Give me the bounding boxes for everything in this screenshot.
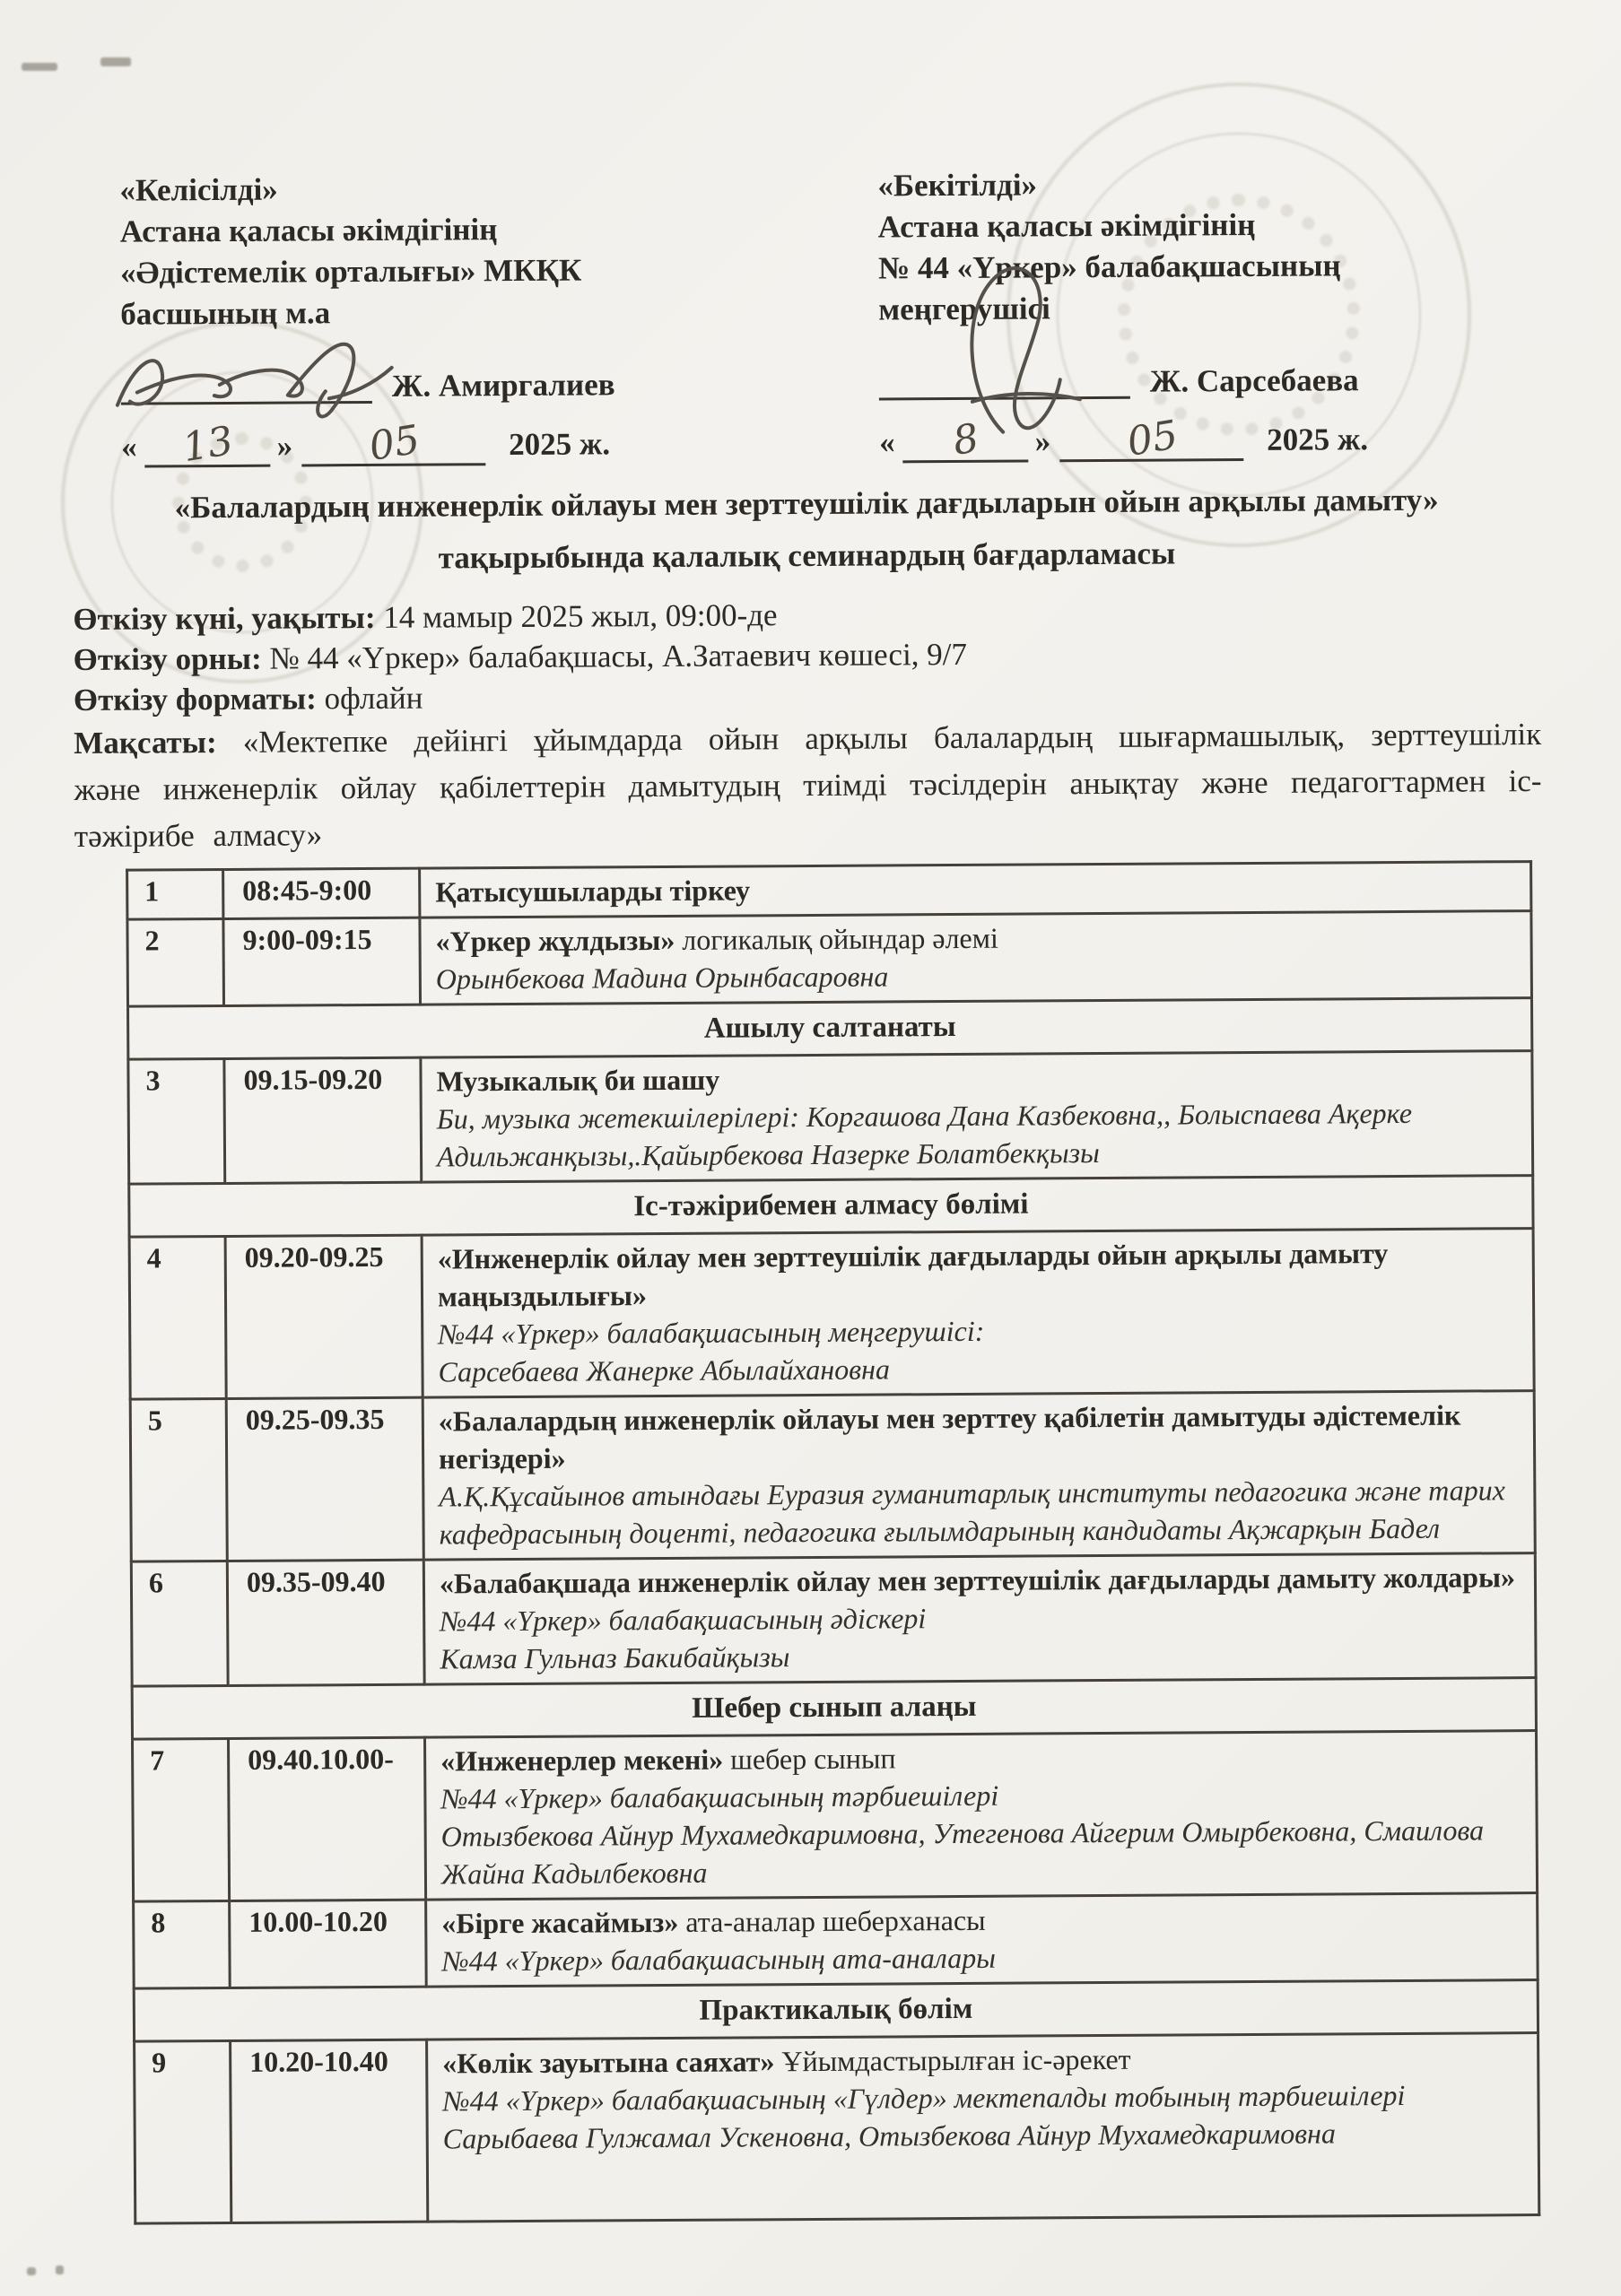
handwritten-month: 05 <box>366 420 423 468</box>
row-time: 09.20-09.25 <box>225 1235 423 1398</box>
approval-org-line: басшының м.а <box>120 290 878 335</box>
detail-value: № 44 «Үркер» балабақшасы, А.Затаевич көш… <box>269 637 967 676</box>
row-description: «Инженерлік ойлау мен зерттеушілік дағды… <box>422 1229 1534 1398</box>
item-title-bold: «Инженерлер мекені» <box>440 1744 723 1778</box>
section-label: Іс-тәжірибемен алмасу бөлімі <box>129 1176 1533 1238</box>
document-content: «Келісілді» Астана қаласы әкімдігінің «Ә… <box>0 0 1621 2296</box>
item-title-rest: Ұйымдастырылған іс-әрекет <box>774 2043 1130 2077</box>
schedule-section-row: Іс-тәжірибемен алмасу бөлімі <box>129 1176 1533 1238</box>
row-description: «Көлік зауытына саяхат» Ұйымдастырылған … <box>427 2033 1539 2222</box>
signature-line <box>879 396 1130 401</box>
approval-status: «Келісілді» <box>119 166 877 212</box>
row-number: 8 <box>134 1900 231 1988</box>
schedule-item-row: 810.00-10.20«Бірге жасаймыз» ата-аналар … <box>134 1893 1538 1989</box>
item-title-rest: шебер сынып <box>723 1742 896 1775</box>
schedule-table-wrap: 108:45-9:00Қатысушыларды тіркеу29:00-09:… <box>126 859 1621 2224</box>
signature-line <box>121 401 372 405</box>
item-title-bold: «Балабақшада инженерлік ойлау мен зертте… <box>440 1561 1515 1599</box>
detail-value: «Мектепке дейінгі ұйымдарда ойын арқылы … <box>74 717 1541 854</box>
handwritten-day: 8 <box>950 418 981 463</box>
row-number: 2 <box>127 918 224 1006</box>
row-number: 3 <box>128 1058 225 1184</box>
approval-org-line: № 44 «Үркер» балабақшасының <box>878 244 1506 289</box>
document-title: «Балалардың инженерлік ойлауы мен зертте… <box>0 473 1617 587</box>
detail-value: 14 мамыр 2025 жыл, 09:00-де <box>383 597 777 635</box>
row-time: 10.20-10.40 <box>231 2039 428 2222</box>
detail-label: Мақсаты: <box>74 725 217 761</box>
approval-org-line: Астана қаласы әкімдігінің <box>878 203 1506 248</box>
presenter-line: №44 «Үркер» балабақшасының «Гүлдер» мект… <box>442 2075 1519 2157</box>
row-time: 9:00-09:15 <box>223 918 421 1005</box>
detail-goal: Мақсаты: «Мектепке дейінгі ұйымдарда ойы… <box>74 711 1542 860</box>
title-line-2: тақырыбында қалалық семинардың бағдарлам… <box>50 526 1564 587</box>
item-title-bold: «Үркер жұлдызы» <box>435 924 675 958</box>
item-title-bold: «Бірге жасаймыз» <box>441 1906 678 1940</box>
schedule-item-row: 108:45-9:00Қатысушыларды тіркеу <box>127 862 1531 920</box>
row-time: 09.25-09.35 <box>226 1397 423 1561</box>
item-title-rest: логикалық ойындар әлемі <box>675 922 998 956</box>
approval-org-line: «Әдістемелік орталығы» МКҚК <box>120 248 878 294</box>
row-number: 9 <box>135 2040 231 2223</box>
presenter-line: №44 «Үркер» балабақшасының ата-аналары <box>441 1935 1518 1979</box>
item-title: «Бірге жасаймыз» ата-аналар шеберханасы <box>441 1898 1518 1942</box>
date-day-slot: 8 <box>902 416 1028 464</box>
presenter-line: Камза Гульназ Бакибайқызы <box>440 1633 1516 1677</box>
date-month-slot: 05 <box>301 419 485 466</box>
close-quote: » <box>277 429 293 464</box>
row-description: «Балабақшада инженерлік ойлау мен зертте… <box>423 1553 1536 1685</box>
approval-org-line: Астана қаласы әкімдігінің <box>120 207 878 253</box>
date-year: 2025 ж. <box>1267 422 1368 457</box>
row-description: «Инженерлер мекені» шебер сынып№44 «Үрке… <box>425 1731 1538 1900</box>
row-description: «Бірге жасаймыз» ата-аналар шеберханасы№… <box>426 1893 1538 1987</box>
row-time: 09.15-09.20 <box>224 1057 422 1183</box>
approval-header: «Келісілді» Астана қаласы әкімдігінің «Ә… <box>0 0 1617 469</box>
row-time: 09.40.10.00- <box>229 1737 426 1900</box>
item-title-rest: ата-аналар шеберханасы <box>678 1904 986 1938</box>
section-label: Шебер сынып алаңы <box>132 1678 1536 1740</box>
open-quote: « <box>879 424 895 459</box>
item-title-bold: Музыкалық би шашу <box>436 1064 719 1098</box>
detail-value: офлайн <box>324 681 423 717</box>
approval-date-line: «8»052025 ж. <box>879 413 1507 463</box>
title-line-1: «Балалардың инженерлік ойлауы мен зертте… <box>49 474 1563 535</box>
item-title: «Балабақшада инженерлік ойлау мен зертте… <box>440 1558 1516 1602</box>
row-number: 5 <box>130 1398 227 1561</box>
row-number: 1 <box>127 869 223 919</box>
presenter-line: Орынбекова Мадина Орынбасаровна <box>436 953 1512 997</box>
row-time: 10.00-10.20 <box>230 1900 427 1987</box>
detail-label: Өткізу орны: <box>74 641 262 677</box>
schedule-item-row: 409.20-09.25«Инженерлік ойлау мен зертте… <box>129 1229 1534 1400</box>
item-title: Қатысушыларды тіркеу <box>435 866 1512 910</box>
item-title-bold: «Көлік зауытына саяхат» <box>442 2045 774 2079</box>
event-details: Өткізу күні, уақыты: 14 мамыр 2025 жыл, … <box>73 590 1542 860</box>
close-quote: » <box>1035 423 1051 458</box>
approval-date-line: «13»052025 ж. <box>121 417 879 468</box>
signature-row: Ж. Сарсебаева <box>878 326 1507 413</box>
date-year: 2025 ж. <box>509 426 610 462</box>
row-description: Қатысушыларды тіркеу <box>420 862 1531 918</box>
open-quote: « <box>121 430 137 465</box>
schedule-item-row: 609.35-09.40«Балабақшада инженерлік ойла… <box>131 1553 1536 1687</box>
schedule-item-row: 910.20-10.40«Көлік зауытына саяхат» Ұйым… <box>135 2033 1539 2224</box>
schedule-item-row: 709.40.10.00-«Инженерлер мекені» шебер с… <box>133 1731 1538 1902</box>
presenter-line: Би, музыка жетекшілерілері: Коргашова Да… <box>437 1093 1513 1175</box>
approval-block-agreed: «Келісілді» Астана қаласы әкімдігінің «Ә… <box>119 166 879 468</box>
row-time: 08:45-9:00 <box>223 868 420 918</box>
detail-label: Өткізу форматы: <box>74 681 317 717</box>
row-description: «Үркер жұлдызы» логикалық ойындар әлеміО… <box>420 911 1532 1005</box>
approval-status: «Бекітілді» <box>877 161 1505 206</box>
presenter-line: №44 «Үркер» балабақшасының әдіскері <box>440 1596 1516 1639</box>
item-title-bold: Қатысушыларды тіркеу <box>435 874 750 908</box>
item-title: «Балалардың инженерлік ойлауы мен зертте… <box>439 1396 1515 1477</box>
item-title: «Көлік зауытына саяхат» Ұйымдастырылған … <box>442 2038 1519 2082</box>
item-title: «Инженерлік ойлау мен зерттеушілік дағды… <box>438 1233 1514 1315</box>
item-title-bold: «Балалардың инженерлік ойлауы мен зертте… <box>439 1399 1461 1475</box>
approval-org-line: меңгерушісі <box>878 285 1506 330</box>
section-label: Ашылу салтанаты <box>128 998 1532 1060</box>
detail-label: Өткізу күні, уақыты: <box>73 600 375 637</box>
row-number: 4 <box>129 1236 226 1399</box>
presenter-line: Отызбекова Айнур Мухамедкаримовна, Утеге… <box>441 1811 1518 1892</box>
item-title-bold: «Инженерлік ойлау мен зерттеушілік дағды… <box>438 1237 1389 1312</box>
schedule-body: 108:45-9:00Қатысушыларды тіркеу29:00-09:… <box>127 862 1539 2224</box>
schedule-item-row: 509.25-09.35«Балалардың инженерлік ойлау… <box>130 1391 1535 1562</box>
signature-row: Ж. Амиргалиев <box>120 331 879 418</box>
date-month-slot: 05 <box>1059 414 1243 462</box>
signer-name: Ж. Амиргалиев <box>392 364 615 407</box>
item-title: «Инженерлер мекені» шебер сынып <box>440 1735 1517 1779</box>
presenter-line: №44 «Үркер» балабақшасының тәрбиешілері <box>440 1773 1517 1817</box>
signer-name: Ж. Сарсебаева <box>1150 360 1359 402</box>
row-number: 6 <box>131 1561 228 1686</box>
schedule-item-row: 309.15-09.20Музыкалық би шашуБи, музыка … <box>128 1051 1533 1185</box>
row-time: 09.35-09.40 <box>227 1560 424 1685</box>
handwritten-month: 05 <box>1124 414 1181 463</box>
schedule-item-row: 29:00-09:15«Үркер жұлдызы» логикалық ойы… <box>127 911 1532 1007</box>
schedule-table: 108:45-9:00Қатысушыларды тіркеу29:00-09:… <box>126 860 1540 2225</box>
scanned-document-page: «Келісілді» Астана қаласы әкімдігінің «Ә… <box>0 0 1621 2296</box>
row-description: «Балалардың инженерлік ойлауы мен зертте… <box>423 1391 1535 1561</box>
section-label: Практикалық бөлім <box>134 1980 1538 2042</box>
row-number: 7 <box>133 1738 230 1901</box>
schedule-section-row: Ашылу салтанаты <box>128 998 1532 1060</box>
schedule-section-row: Шебер сынып алаңы <box>132 1678 1536 1740</box>
schedule-section-row: Практикалық бөлім <box>134 1980 1538 2042</box>
approval-block-approved: «Бекітілді» Астана қаласы әкімдігінің № … <box>877 161 1507 463</box>
item-title: «Үркер жұлдызы» логикалық ойындар әлемі <box>435 916 1512 960</box>
item-title: Музыкалық би шашу <box>436 1056 1512 1100</box>
presenter-line: А.Қ.Құсайынов атындағы Еуразия гуманитар… <box>439 1471 1515 1552</box>
date-day-slot: 13 <box>144 421 270 468</box>
presenter-line: Сарсебаева Жанерке Абылайхановна <box>438 1346 1514 1390</box>
presenter-line: №44 «Үркер» балабақшасының меңгерушісі: <box>438 1309 1514 1352</box>
handwritten-day: 13 <box>179 421 236 469</box>
row-description: Музыкалық би шашуБи, музыка жетекшілеріл… <box>421 1051 1533 1183</box>
